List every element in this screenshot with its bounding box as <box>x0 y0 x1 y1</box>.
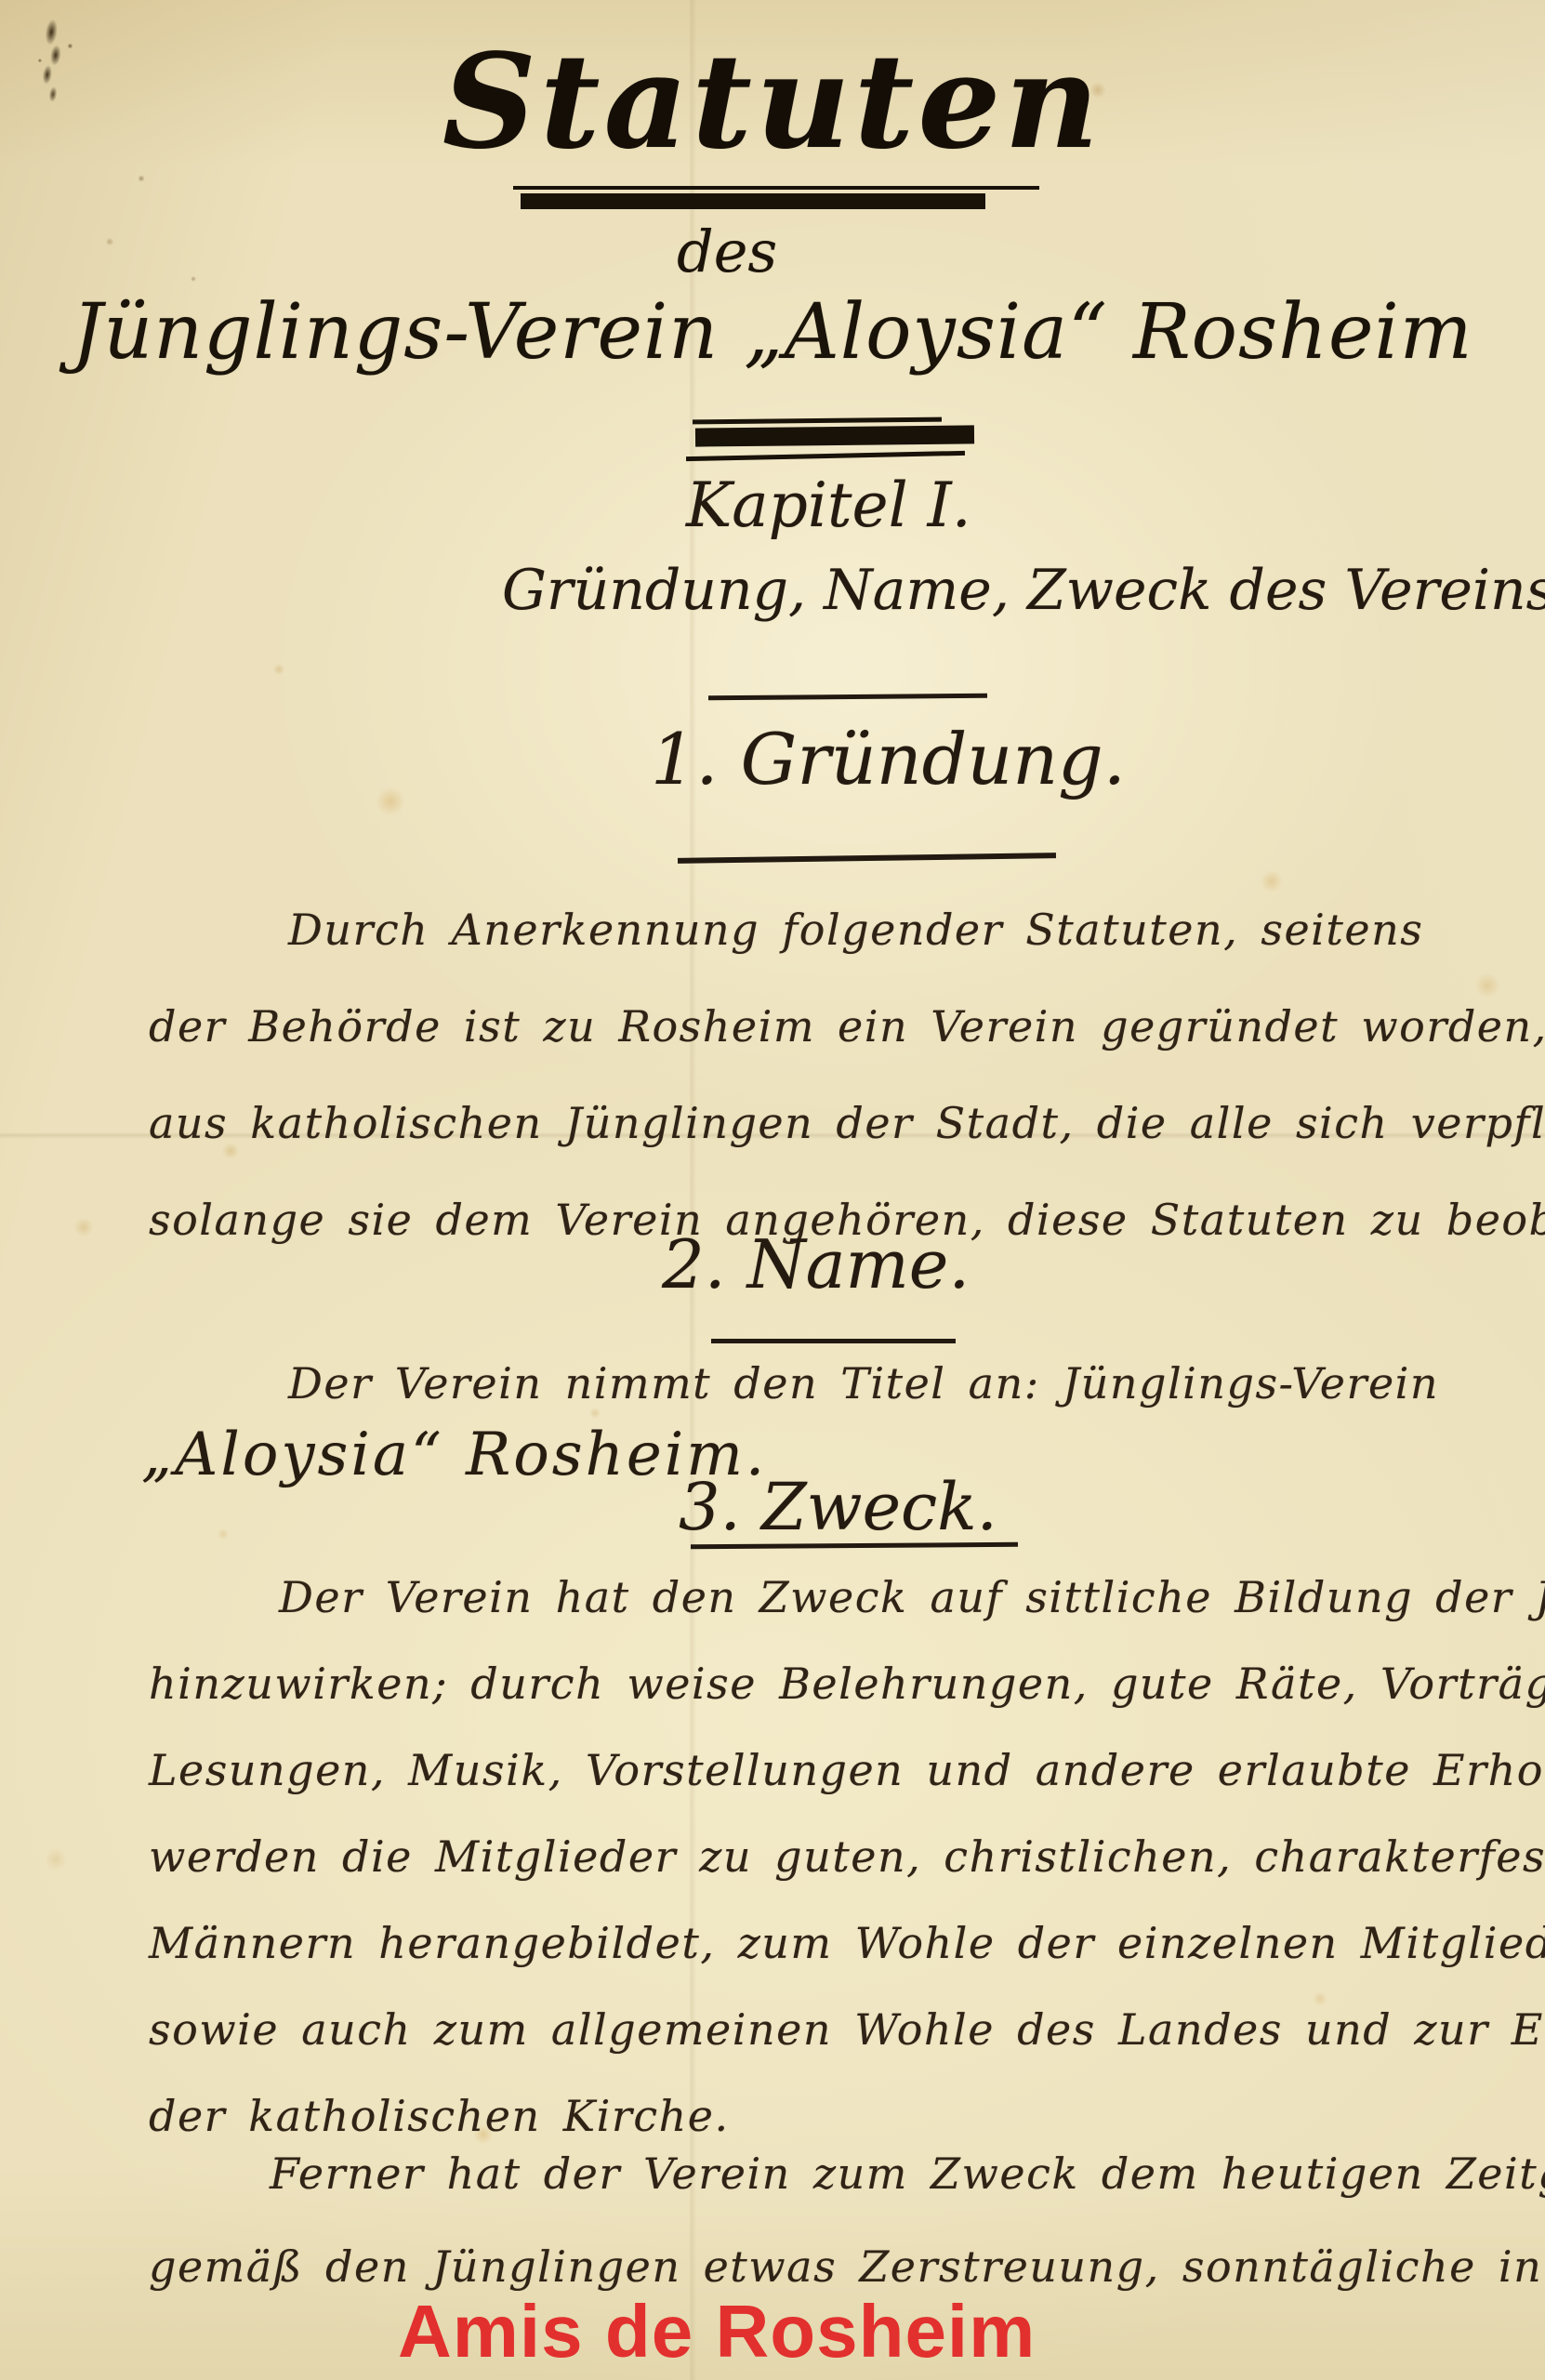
text-line: sowie auch zum allgemeinen Wohle des Lan… <box>149 1987 1545 2073</box>
title-underline-thin <box>513 186 1039 190</box>
text-line: Der Verein hat den Zweck auf sittliche B… <box>149 1554 1545 1641</box>
title-underline-thick <box>521 193 985 209</box>
text-line: aus katholischen Jünglingen der Stadt, d… <box>149 1075 1545 1171</box>
text-line: Ferner hat der Verein zum Zweck dem heut… <box>149 2127 1545 2220</box>
text-line: der Behörde ist zu Rosheim ein Verein ge… <box>149 978 1545 1075</box>
section3-heading-underline <box>691 1542 1018 1549</box>
section1-paragraph: Durch Anerkennung folgender Statuten, se… <box>149 881 1545 1268</box>
amis-de-rosheim-watermark: Amis de Rosheim <box>398 2294 1036 2369</box>
text-line: Männern herangebildet, zum Wohle der ein… <box>149 1900 1545 1987</box>
text-line: Der Verein nimmt den Titel an: Jünglings… <box>149 1337 1439 1430</box>
text-line: werden die Mitglieder zu guten, christli… <box>149 1814 1545 1900</box>
association-name-line: Jünglings-Verein „Aloysia“ Rosheim <box>0 288 1545 377</box>
divider-thick <box>695 425 974 446</box>
text-line: hinzuwirken; durch weise Belehrungen, gu… <box>149 1641 1545 1727</box>
section3-heading: 3. Zweck. <box>679 1469 997 1545</box>
document-title: Statuten <box>0 26 1545 178</box>
rule-above-section1 <box>708 694 987 701</box>
scanned-document-page: Statuten des Jünglings-Verein „Aloysia“ … <box>0 0 1545 2380</box>
divider-thin-bottom <box>686 451 965 461</box>
chapter-heading: Kapitel I. <box>686 469 971 541</box>
association-title-line: „Aloysia“ Rosheim. <box>141 1421 767 1489</box>
text-line: Lesungen, Musik, Vorstellungen und ander… <box>149 1727 1545 1814</box>
section3-paragraph1: Der Verein hat den Zweck auf sittliche B… <box>149 1554 1545 2160</box>
rule-below-section1 <box>678 853 1056 864</box>
divider-thin-top <box>693 417 942 425</box>
section1-heading: 1. Gründung. <box>651 718 1126 800</box>
title-sub-des: des <box>677 218 777 285</box>
text-line: Durch Anerkennung folgender Statuten, se… <box>149 881 1545 978</box>
chapter-subheading: Gründung, Name, Zweck des Vereins. <box>502 558 1545 623</box>
section2-paragraph: Der Verein nimmt den Titel an: Jünglings… <box>149 1337 1439 1430</box>
section2-heading: 2. Name. <box>662 1225 970 1303</box>
section3-paragraph2: Ferner hat der Verein zum Zweck dem heut… <box>149 2127 1545 2313</box>
